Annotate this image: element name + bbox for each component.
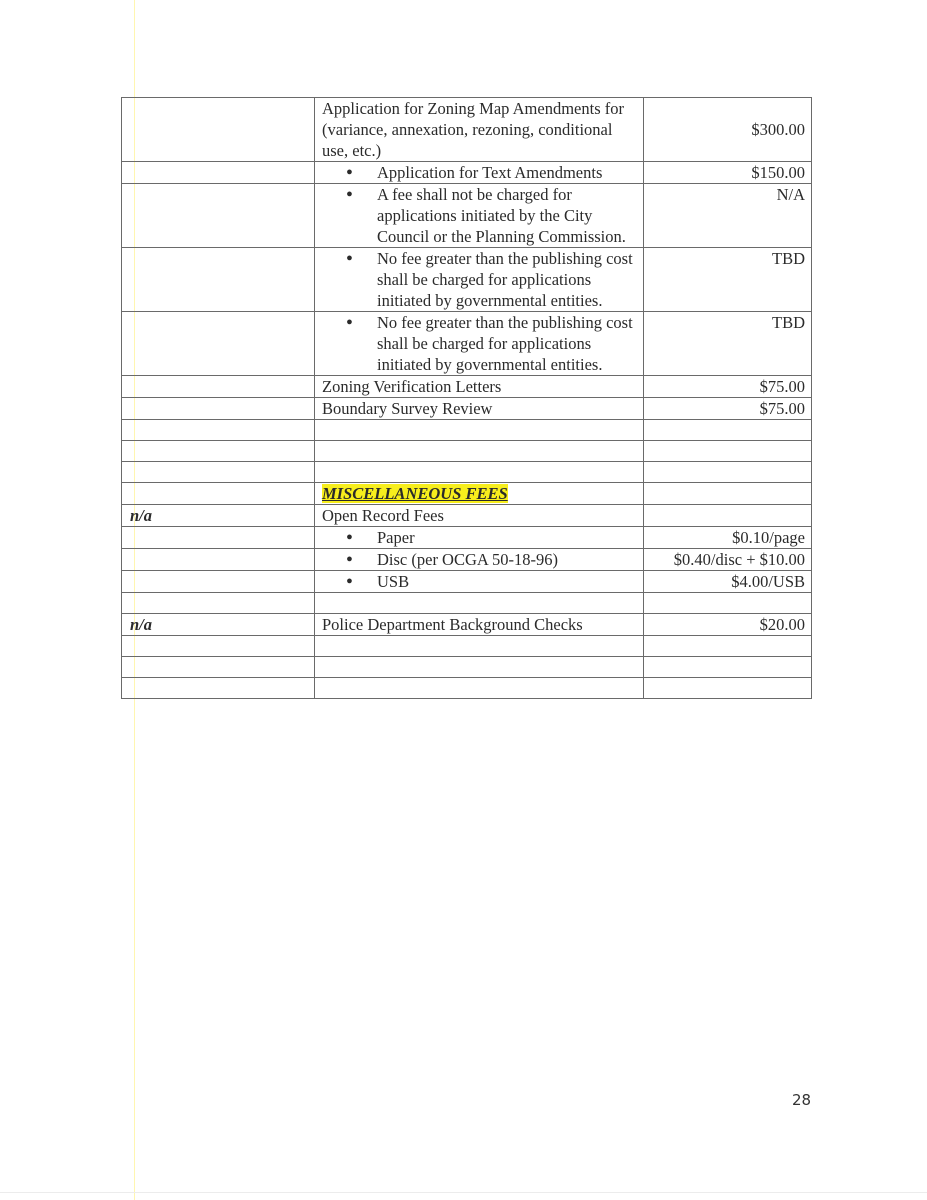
bullet-icon: ● bbox=[322, 248, 377, 311]
description-cell: ●Application for Text Amendments bbox=[315, 162, 644, 184]
code-cell bbox=[122, 248, 315, 312]
bullet-text: Paper bbox=[377, 527, 637, 548]
code-cell bbox=[122, 636, 315, 657]
table-row-empty bbox=[122, 657, 812, 678]
description-cell bbox=[315, 462, 644, 483]
code-cell bbox=[122, 657, 315, 678]
bullet-icon: ● bbox=[322, 549, 377, 570]
code-cell bbox=[122, 483, 315, 505]
amount-cell bbox=[644, 420, 812, 441]
amount-cell bbox=[644, 483, 812, 505]
description-cell: ●Paper bbox=[315, 527, 644, 549]
description-cell: Zoning Verification Letters bbox=[315, 376, 644, 398]
description-cell: Boundary Survey Review bbox=[315, 398, 644, 420]
code-cell bbox=[122, 420, 315, 441]
bullet-text: Disc (per OCGA 50-18-96) bbox=[377, 549, 637, 570]
table-row: Application for Zoning Map Amendments fo… bbox=[122, 98, 812, 162]
description-cell bbox=[315, 593, 644, 614]
description-cell: ●No fee greater than the publishing cost… bbox=[315, 248, 644, 312]
scan-artifact-horizontal bbox=[0, 1192, 927, 1193]
amount-cell bbox=[644, 505, 812, 527]
description-cell: ●No fee greater than the publishing cost… bbox=[315, 312, 644, 376]
amount-cell: $20.00 bbox=[644, 614, 812, 636]
fee-schedule-table: Application for Zoning Map Amendments fo… bbox=[121, 97, 812, 699]
table-row: Zoning Verification Letters $75.00 bbox=[122, 376, 812, 398]
amount-cell: $0.40/disc + $10.00 bbox=[644, 549, 812, 571]
description-cell bbox=[315, 420, 644, 441]
code-cell bbox=[122, 441, 315, 462]
table-row: n/a Police Department Background Checks … bbox=[122, 614, 812, 636]
bullet-text: No fee greater than the publishing cost … bbox=[377, 248, 637, 311]
bullet-text: Application for Text Amendments bbox=[377, 162, 637, 183]
bullet-icon: ● bbox=[322, 571, 377, 592]
bullet-icon: ● bbox=[322, 184, 377, 247]
amount-cell: $75.00 bbox=[644, 398, 812, 420]
amount-cell: $300.00 bbox=[644, 98, 812, 162]
bullet-icon: ● bbox=[322, 527, 377, 548]
amount-cell: N/A bbox=[644, 184, 812, 248]
description-cell bbox=[315, 657, 644, 678]
code-cell bbox=[122, 376, 315, 398]
amount-cell: $150.00 bbox=[644, 162, 812, 184]
table-row: ●Disc (per OCGA 50-18-96) $0.40/disc + $… bbox=[122, 549, 812, 571]
table-row: ●No fee greater than the publishing cost… bbox=[122, 248, 812, 312]
amount-cell: $0.10/page bbox=[644, 527, 812, 549]
code-cell bbox=[122, 162, 315, 184]
section-heading-row: MISCELLANEOUS FEES bbox=[122, 483, 812, 505]
code-cell bbox=[122, 184, 315, 248]
table-row: ●No fee greater than the publishing cost… bbox=[122, 312, 812, 376]
description-cell bbox=[315, 441, 644, 462]
bullet-icon: ● bbox=[322, 162, 377, 183]
amount-cell: TBD bbox=[644, 312, 812, 376]
description-cell bbox=[315, 678, 644, 699]
section-heading-miscellaneous-fees: MISCELLANEOUS FEES bbox=[322, 484, 508, 503]
amount-cell: $75.00 bbox=[644, 376, 812, 398]
fee-table-body: Application for Zoning Map Amendments fo… bbox=[122, 98, 812, 699]
code-cell: n/a bbox=[122, 614, 315, 636]
table-row-empty bbox=[122, 636, 812, 657]
table-row: ●Paper $0.10/page bbox=[122, 527, 812, 549]
amount-cell bbox=[644, 441, 812, 462]
code-cell bbox=[122, 462, 315, 483]
code-cell bbox=[122, 549, 315, 571]
code-cell bbox=[122, 312, 315, 376]
amount-cell: $4.00/USB bbox=[644, 571, 812, 593]
bullet-text: No fee greater than the publishing cost … bbox=[377, 312, 637, 375]
code-cell bbox=[122, 571, 315, 593]
table-row-empty bbox=[122, 462, 812, 483]
table-row: n/a Open Record Fees bbox=[122, 505, 812, 527]
amount-cell bbox=[644, 462, 812, 483]
description-cell: MISCELLANEOUS FEES bbox=[315, 483, 644, 505]
description-cell bbox=[315, 636, 644, 657]
bullet-icon: ● bbox=[322, 312, 377, 375]
code-cell bbox=[122, 593, 315, 614]
bullet-text: A fee shall not be charged for applicati… bbox=[377, 184, 637, 247]
code-cell bbox=[122, 678, 315, 699]
amount-cell bbox=[644, 593, 812, 614]
description-cell: ●A fee shall not be charged for applicat… bbox=[315, 184, 644, 248]
page-number: 28 bbox=[792, 1091, 811, 1109]
description-cell: ●USB bbox=[315, 571, 644, 593]
code-cell bbox=[122, 527, 315, 549]
table-row-empty bbox=[122, 593, 812, 614]
table-row-empty bbox=[122, 678, 812, 699]
description-cell: Application for Zoning Map Amendments fo… bbox=[315, 98, 644, 162]
table-row: ●USB $4.00/USB bbox=[122, 571, 812, 593]
table-row-empty bbox=[122, 441, 812, 462]
table-row: Boundary Survey Review $75.00 bbox=[122, 398, 812, 420]
table-row: ●A fee shall not be charged for applicat… bbox=[122, 184, 812, 248]
amount-cell: TBD bbox=[644, 248, 812, 312]
amount-cell bbox=[644, 636, 812, 657]
code-cell bbox=[122, 398, 315, 420]
description-cell: Police Department Background Checks bbox=[315, 614, 644, 636]
bullet-text: USB bbox=[377, 571, 637, 592]
code-cell: n/a bbox=[122, 505, 315, 527]
amount-cell bbox=[644, 678, 812, 699]
table-row: ●Application for Text Amendments $150.00 bbox=[122, 162, 812, 184]
table-row-empty bbox=[122, 420, 812, 441]
description-cell: ●Disc (per OCGA 50-18-96) bbox=[315, 549, 644, 571]
amount-cell bbox=[644, 657, 812, 678]
code-cell bbox=[122, 98, 315, 162]
description-cell: Open Record Fees bbox=[315, 505, 644, 527]
